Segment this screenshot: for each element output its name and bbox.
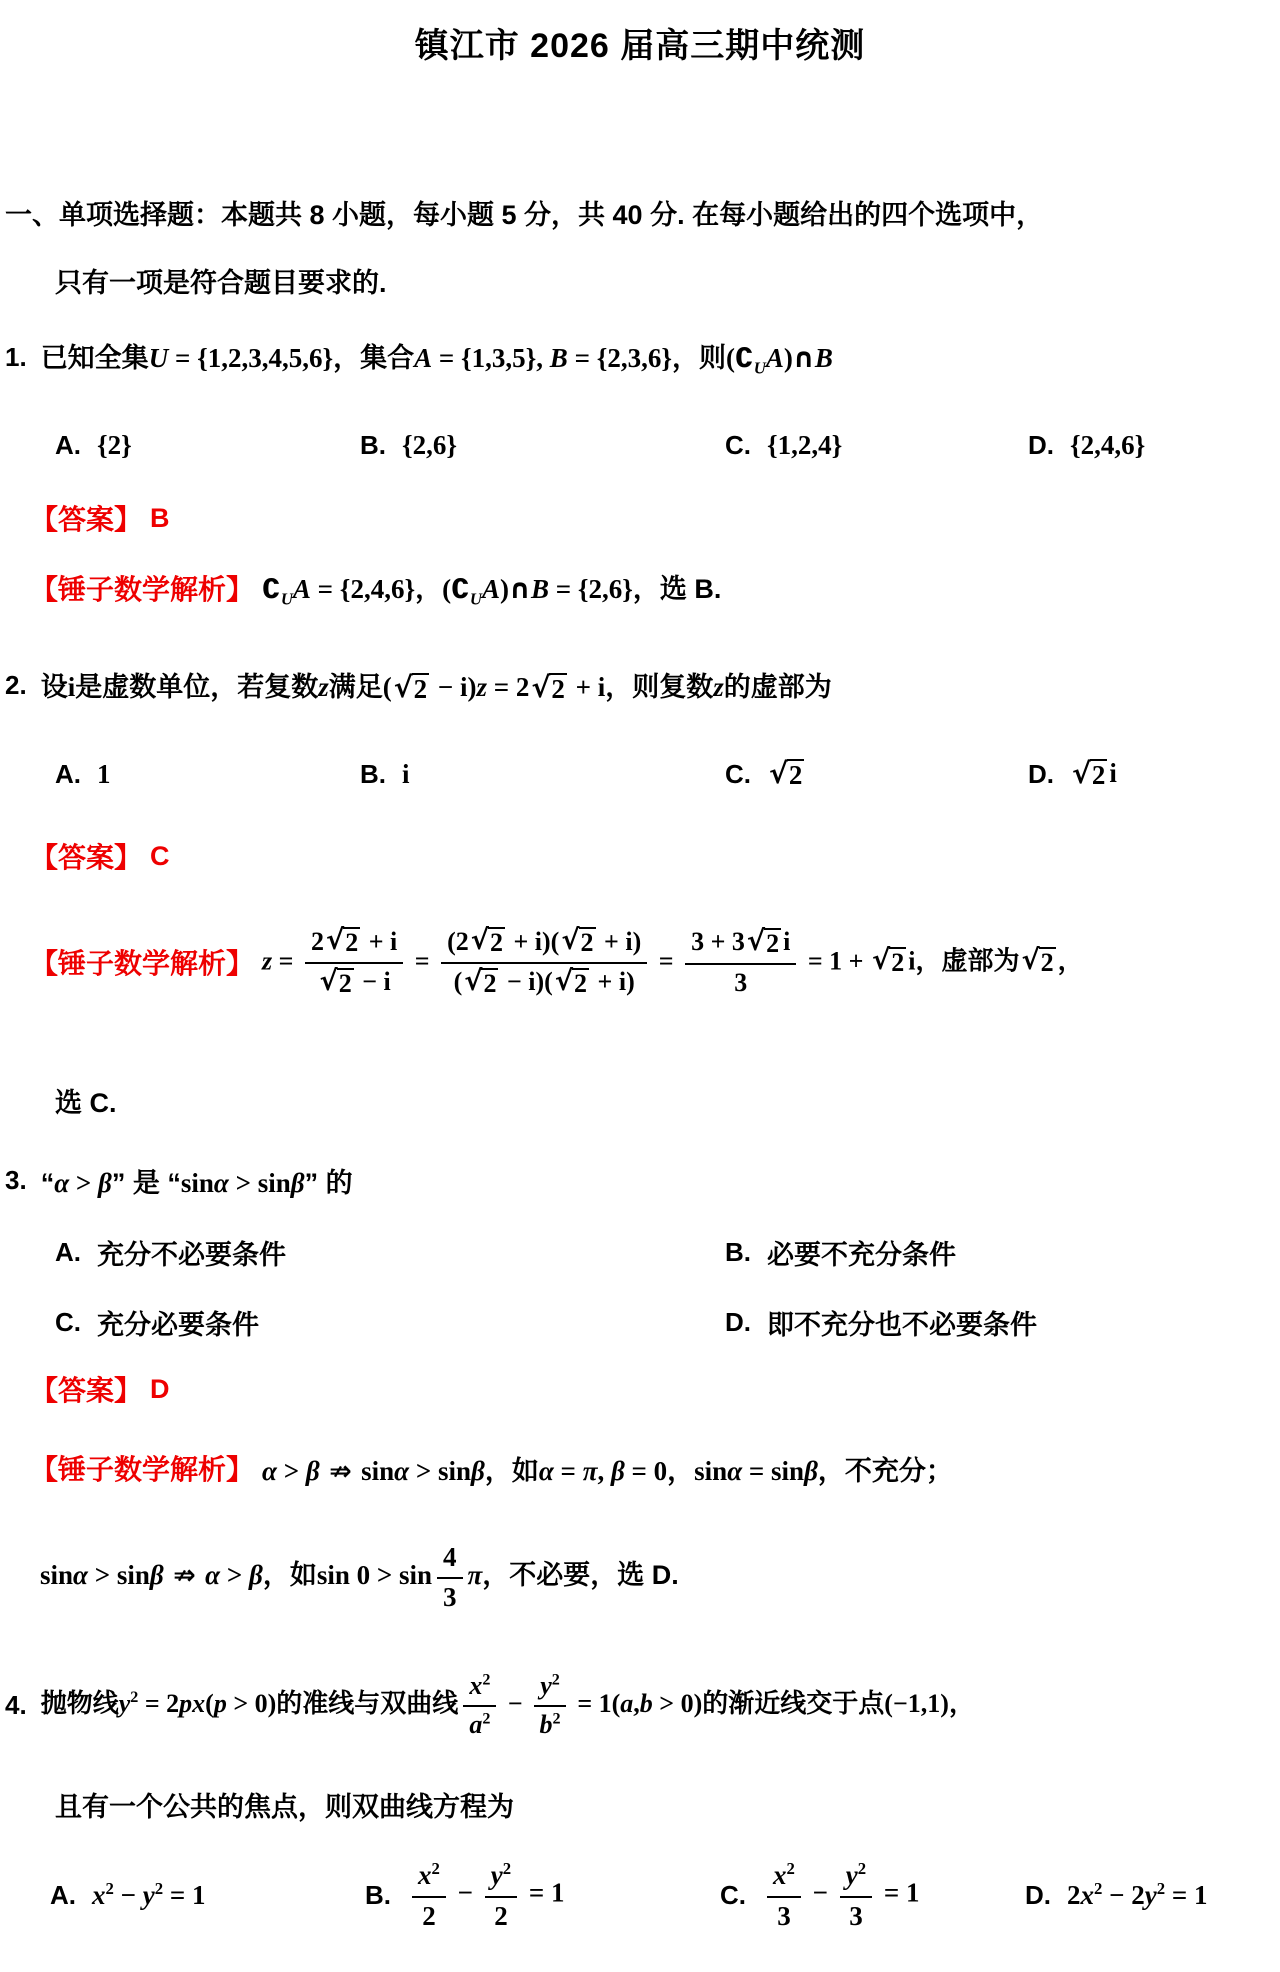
sqrt: √2 [1072,759,1107,791]
math-run: 2 [494,1901,508,1931]
question-2-answer-letter: C [150,841,170,872]
math-variable: z [262,946,272,975]
math-variable: α [539,1456,554,1486]
math-run: 3 + 3 [691,927,745,956]
sqrt: √2 [1021,947,1055,978]
math-variable: α [205,1560,220,1590]
fraction-denominator: √2 − i [317,964,390,998]
question-4-option-d: D.2x2 − 2y2 = 1 [1025,1879,1208,1911]
math-variable: y [491,1860,503,1890]
math-variable: A [414,343,432,373]
analysis-label: 【锤子数学解析】 [30,1448,254,1488]
math-run: − i [356,967,391,996]
answer-label: 【答案】 [30,836,142,876]
radicand: 2 [1039,947,1056,978]
math-variable: x [1081,1880,1095,1910]
question-3-number: 3. [5,1165,27,1196]
math-variable: U [149,343,169,373]
text-run: ，集合 [333,343,414,373]
math-variable: z [477,672,488,702]
fraction-denominator: 3 [734,965,747,998]
fraction: x2a2 [463,1670,496,1740]
subscript: U [281,589,293,608]
question-2-stem-math: 设i是虚数单位，若复数z满足(√2 − i)z = 2√2 + i，则复数z的虚… [41,665,832,705]
math-variable: β [98,1168,112,1198]
fraction-denominator: 2 [494,1898,508,1932]
radicand: 2 [764,928,781,959]
question-3-stem-math: “α > β” 是 “sinα > sinβ” 的 [41,1161,353,1200]
question-1-options-row: A.{2} B.{2,6} C.{1,2,4} D.{2,4,6} [0,420,1280,470]
question-3-option-a: A.充分不必要条件 [55,1233,286,1272]
math-run: = 1 [1165,1880,1207,1910]
radicand: 2 [412,673,430,705]
question-2-stem: 2. 设i是虚数单位，若复数z满足(√2 − i)z = 2√2 + i，则复数… [0,653,1280,717]
math-run: = 1 [522,1878,564,1908]
math-run: > sin [409,1456,471,1486]
math-run: = {2,6} [549,574,633,604]
math-run: = 1 [163,1880,205,1910]
math-run: = [272,946,300,975]
question-2-option-b: B.i [360,759,410,790]
question-3-option-c: C.充分必要条件 [55,1303,259,1342]
math-run: ( [442,574,451,604]
math-variable: B [531,574,549,604]
option-content: x2 − y2 = 1 [92,1879,206,1911]
text-run: 充分必要条件 [97,1310,259,1340]
question-2-number: 2. [5,670,27,701]
option-content: {2} [97,430,132,461]
text-run: ， [415,574,442,604]
math-variable: p [214,1689,227,1718]
sqrt: √2 [319,968,353,999]
question-2-analysis-row: 【锤子数学解析】 z = 2√2 + i√2 − i = (2√2 + i)(√… [0,897,1280,1027]
math-run: > [277,1456,306,1486]
radicand: 2 [787,759,805,791]
superscript: 2 [482,1671,490,1688]
math-run: − [501,1689,529,1718]
option-label: B. [360,430,386,461]
fraction-denominator: 3 [443,1579,457,1613]
text-run: 充分不必要条件 [97,1240,286,1270]
question-2-answer-row: 【答案】 C [0,834,1280,878]
math-variable: x [92,1880,106,1910]
math-variable: α [73,1560,88,1590]
math-run: − i)( [500,967,552,996]
math-variable: a [469,1710,482,1739]
option-label: C. [725,759,751,790]
math-symbol: ∩ [509,574,531,605]
math-run: > 0) [227,1689,276,1718]
question-2-option-d: D.√2i [1028,758,1117,791]
math-run: 4 [443,1542,457,1572]
sqrt: √2 [561,927,595,958]
answer-label: 【答案】 [30,1369,142,1409]
math-run: sin [40,1560,73,1590]
option-content: √2i [1070,758,1117,791]
math-variable: α [54,1168,69,1198]
math-run: sin [181,1168,214,1198]
text-run: ，则 [672,343,726,373]
radicand: 2 [549,673,567,705]
question-1-option-c: C.{1,2,4} [725,430,842,461]
math-run: i [1109,758,1117,788]
sqrt: √2 [531,673,566,705]
math-run: 3 [443,1582,457,1612]
radicand: 2 [481,968,498,999]
question-3-option-d: D.即不充分也不必要条件 [725,1303,1037,1342]
option-content: 必要不充分条件 [767,1233,956,1272]
question-3-stem: 3. “α > β” 是 “sinα > sinβ” 的 [0,1158,1280,1202]
math-variable: y [1145,1880,1157,1910]
superscript: 2 [482,1710,490,1727]
fraction-denominator: (√2 − i)(√2 + i) [454,964,635,998]
question-1-analysis-math: ∁UA = {2,4,6}，(∁UA)∩B = {2,6}，选 B. [262,567,721,609]
text-run: ，如 [263,1560,317,1590]
question-3-analysis-continued: sinα > sinβ ⇏ α > β，如sin 0 > sin43π，不必要，… [0,1537,1280,1617]
text-run: 抛物线 [41,1688,119,1718]
math-run: + i)( [507,927,559,956]
question-1-option-a: A.{2} [55,430,132,461]
option-label: D. [1028,759,1054,790]
math-run: > 0) [653,1689,702,1718]
math-run: i [402,759,410,789]
option-label: C. [725,430,751,461]
subscript: U [470,589,482,608]
option-content: 即不充分也不必要条件 [767,1303,1037,1342]
question-2-analysis2-math: 选 C. [55,1081,117,1120]
math-variable: α [394,1456,409,1486]
radical-sign: √ [471,927,489,956]
option-content: i [402,759,410,790]
radicand: 2 [488,927,505,958]
question-1-answer-letter: B [150,503,170,534]
sqrt: √2 [872,947,906,978]
fraction-numerator: x2 [767,1858,801,1897]
math-run: 1 [97,759,111,789]
math-run: = {1,2,3,4,5,6} [168,343,333,373]
math-variable: A [482,574,500,604]
radical-sign: √ [326,927,344,956]
fraction: (2√2 + i)(√2 + i)(√2 − i)(√2 + i) [441,926,647,999]
math-variable: A [766,343,784,373]
question-1-option-d: D.{2,4,6} [1028,430,1145,461]
math-variable: y [143,1880,155,1910]
math-run: = [554,1456,583,1486]
radical-sign: √ [769,759,788,789]
radicand: 2 [579,927,596,958]
question-3-options-row-2: C.充分必要条件 D.即不充分也不必要条件 [0,1300,1280,1344]
sqrt: √2 [464,968,498,999]
text-run: ，虚部为 [915,945,1019,975]
fraction-numerator: x2 [412,1858,446,1897]
option-content: {1,2,4} [767,430,842,461]
superscript: 2 [432,1859,440,1878]
question-2-analysis-math: z = 2√2 + i√2 − i = (2√2 + i)(√2 + i)(√2… [262,926,1084,999]
subscript: U [754,358,766,377]
radical-sign: √ [555,968,573,997]
question-3-option-b: B.必要不充分条件 [725,1233,956,1272]
math-variable: α [727,1456,742,1486]
radical-sign: √ [872,947,890,976]
superscript: 2 [787,1859,795,1878]
option-label: A. [50,1880,76,1911]
math-run: sin [361,1456,394,1486]
superscript: 2 [106,1879,114,1898]
math-run: + i) [591,967,635,996]
math-symbol: ∁ [262,574,281,605]
math-variable: z [318,672,329,702]
question-4-stem-line2: 且有一个公共的焦点，则双曲线方程为 [0,1782,1280,1826]
radicand: 2 [889,947,906,978]
radical-sign: √ [394,673,413,703]
text-run: ， [1058,945,1084,975]
math-run: > sin [88,1560,150,1590]
math-run: = {2,3,6} [568,343,672,373]
option-content: {2,4,6} [1070,430,1145,461]
math-variable: β [150,1560,164,1590]
sqrt: √2 [747,928,781,959]
math-variable: x [773,1860,787,1890]
radicand: 2 [1090,759,1108,791]
superscript: 2 [858,1859,866,1878]
math-run: = 0 [625,1456,667,1486]
math-run: (2 [447,927,469,956]
math-run: 3 [777,1901,791,1931]
text-run: 已知全集 [41,343,149,373]
option-label: A. [55,1237,81,1268]
text-run: ，选 B. [633,574,722,604]
sqrt: √2 [555,968,589,999]
math-symbol: ⇏ [320,1456,361,1487]
option-label: C. [720,1880,746,1911]
fraction-numerator: 3 + 3√2i [685,926,796,964]
radical-sign: √ [1021,947,1039,976]
math-run: ( [383,672,392,702]
fraction: 3 + 3√2i3 [685,926,796,997]
math-run: , [597,1456,611,1486]
math-run: = 1( [571,1689,620,1718]
math-run: + i [362,927,397,956]
fraction-denominator: b2 [539,1707,560,1740]
text-run: ” 的 [305,1168,353,1198]
question-4-stem-math: 抛物线y2 = 2px(p > 0)的准线与双曲线x2a2 − y2b2 = 1… [41,1670,975,1740]
math-run: {1,2,4} [767,430,842,460]
math-run: − [806,1878,835,1908]
text-run: 且有一个公共的焦点，则双曲线方程为 [55,1792,514,1822]
question-3-analysis-row: 【锤子数学解析】 α > β ⇏ sinα > sinβ，如α = π, β =… [0,1445,1280,1491]
superscript: 2 [552,1710,560,1727]
fraction-denominator: 3 [849,1898,863,1932]
question-4-number: 4. [5,1690,27,1721]
text-run: 设 [41,672,68,702]
math-run: = 1 [877,1878,919,1908]
text-run: ，则复数 [605,672,713,702]
text-run: ，不充分； [818,1456,953,1486]
question-3-analysis-math: α > β ⇏ sinα > sinβ，如α = π, β = 0，sinα =… [262,1449,953,1488]
math-run: sin 0 > sin [317,1560,432,1590]
math-run: {2,4,6} [1070,430,1145,460]
math-run: = 2 [138,1689,179,1718]
question-4-option-a: A.x2 − y2 = 1 [50,1879,206,1911]
fraction: y2b2 [534,1670,566,1740]
analysis-label: 【锤子数学解析】 [30,568,254,608]
math-run: {2,6} [402,430,457,460]
math-symbol: ∁ [451,574,470,605]
math-variable: x [418,1860,432,1890]
math-variable: β [291,1168,305,1198]
math-run: − [114,1880,143,1910]
math-run: sin [694,1456,727,1486]
radicand: 2 [337,968,354,999]
math-run: = sin [742,1456,804,1486]
option-label: D. [1028,430,1054,461]
fraction-denominator: 3 [777,1898,791,1932]
option-label: C. [55,1307,81,1338]
math-variable: α [214,1168,229,1198]
math-symbol: ∩ [793,343,815,374]
math-variable: β [804,1456,818,1486]
option-label: A. [55,759,81,790]
math-run: − i) [431,672,476,702]
math-variable: β [611,1456,625,1486]
math-run: ) [784,343,793,373]
math-run: > [220,1560,249,1590]
question-2-analysis-continued: 选 C. [0,1078,1280,1122]
math-run: ( [726,343,735,373]
fraction-numerator: (2√2 + i)(√2 + i) [441,926,647,964]
math-run: − 2 [1102,1880,1144,1910]
superscript: 2 [503,1859,511,1878]
math-run: 2 [422,1901,436,1931]
radical-sign: √ [319,968,337,997]
option-content: 充分必要条件 [97,1303,259,1342]
math-run: 2 [311,927,324,956]
math-variable: B [815,343,833,373]
fraction-numerator: y2 [534,1670,566,1707]
math-run: + i [569,672,605,702]
math-variable: b [640,1689,653,1718]
math-run: 3 [849,1901,863,1931]
text-run: “ [41,1168,55,1198]
math-variable: z [713,672,724,702]
option-label: B. [725,1237,751,1268]
answer-label: 【答案】 [30,498,142,538]
superscript: 2 [1157,1879,1165,1898]
text-run: 即不充分也不必要条件 [767,1310,1037,1340]
option-label: D. [725,1307,751,1338]
radical-sign: √ [561,927,579,956]
math-run: = {2,4,6} [311,574,415,604]
superscript: 2 [155,1879,163,1898]
option-content: 充分不必要条件 [97,1233,286,1272]
question-3-answer-row: 【答案】 D [0,1367,1280,1411]
question-1-analysis-row: 【锤子数学解析】 ∁UA = {2,4,6}，(∁UA)∩B = {2,6}，选… [0,563,1280,613]
fraction-numerator: y2 [840,1858,872,1897]
option-content: x23 − y23 = 1 [762,1858,920,1931]
fraction-denominator: a2 [469,1707,490,1740]
math-variable: y [846,1860,858,1890]
math-variable: B [550,343,568,373]
math-variable: π [468,1560,483,1590]
math-variable: px [179,1689,205,1718]
section-heading-line1: 一、单项选择题：本题共 8 小题，每小题 5 分，共 40 分. 在每小题给出的… [0,190,1280,234]
question-1-option-b: B.{2,6} [360,430,457,461]
fraction: x22 [412,1858,446,1931]
math-run: {2} [97,430,132,460]
question-2-option-c: C.√2 [725,758,806,791]
question-3-analysis2-math: sinα > sinβ ⇏ α > β，如sin 0 > sin43π，不必要，… [40,1541,679,1613]
math-run: = [408,946,436,975]
math-variable: y [540,1671,552,1700]
question-4-options-row: A.x2 − y2 = 1 B.x22 − y22 = 1 C.x23 − y2… [0,1850,1280,1940]
option-label: D. [1025,1880,1051,1911]
math-variable: α [262,1456,277,1486]
math-symbol: ⇏ [164,1560,205,1591]
text-run: ， [949,1688,975,1718]
math-run: + i) [598,927,642,956]
fraction: y22 [485,1858,517,1931]
math-run: = 1 + [801,946,870,975]
exam-document: 镇江市 2026 届高三期中统测 一、单项选择题：本题共 8 小题，每小题 5 … [0,0,1280,1972]
section-heading-line2: 只有一项是符合题目要求的. [0,258,1280,302]
option-content: x22 − y22 = 1 [407,1858,565,1931]
math-run: > sin [229,1168,291,1198]
radical-sign: √ [464,968,482,997]
sqrt: √2 [394,673,429,705]
fraction: 2√2 + i√2 − i [305,926,403,999]
question-2-options-row: A.1 B.i C.√2 D.√2i [0,750,1280,798]
option-content: 2x2 − 2y2 = 1 [1067,1879,1208,1911]
math-variable: a [620,1689,633,1718]
sqrt: √2 [769,759,804,791]
fraction: x23 [767,1858,801,1931]
superscript: 2 [552,1671,560,1688]
text-run: ，不必要，选 D. [482,1560,679,1590]
question-1-answer-row: 【答案】 B [0,496,1280,540]
question-1-stem-math: 已知全集U = {1,2,3,4,5,6}，集合A = {1,3,5}, B =… [41,336,833,378]
text-run: 的虚部为 [724,672,832,702]
option-content: {2,6} [402,430,457,461]
fraction-numerator: 4 [437,1541,463,1579]
math-variable: A [293,574,311,604]
radicand: 2 [572,968,589,999]
radical-sign: √ [1072,759,1091,789]
question-2-option-a: A.1 [55,759,111,790]
option-content: √2 [767,758,806,791]
text-run: 是虚数单位，若复数 [75,672,318,702]
question-4-option-c: C.x23 − y23 = 1 [720,1858,920,1931]
fraction: y23 [840,1858,872,1931]
question-4-option-b: B.x22 − y22 = 1 [365,1858,565,1931]
fraction-numerator: 2√2 + i [305,926,403,964]
math-run: − [451,1878,480,1908]
math-run: (−1,1) [884,1689,949,1718]
fraction-numerator: x2 [463,1670,496,1707]
option-label: B. [360,759,386,790]
analysis-label: 【锤子数学解析】 [30,942,254,982]
math-variable: β [306,1456,320,1486]
math-run: ) [500,574,509,604]
text-run: ， [667,1456,694,1486]
math-run: ( [454,967,463,996]
math-run: > [69,1168,98,1198]
math-run: i [783,927,790,956]
fraction-denominator: 2 [422,1898,436,1932]
text-run: ，如 [485,1456,539,1486]
math-variable: β [249,1560,263,1590]
sqrt: √2 [471,927,505,958]
math-run: 2 [1067,1880,1081,1910]
